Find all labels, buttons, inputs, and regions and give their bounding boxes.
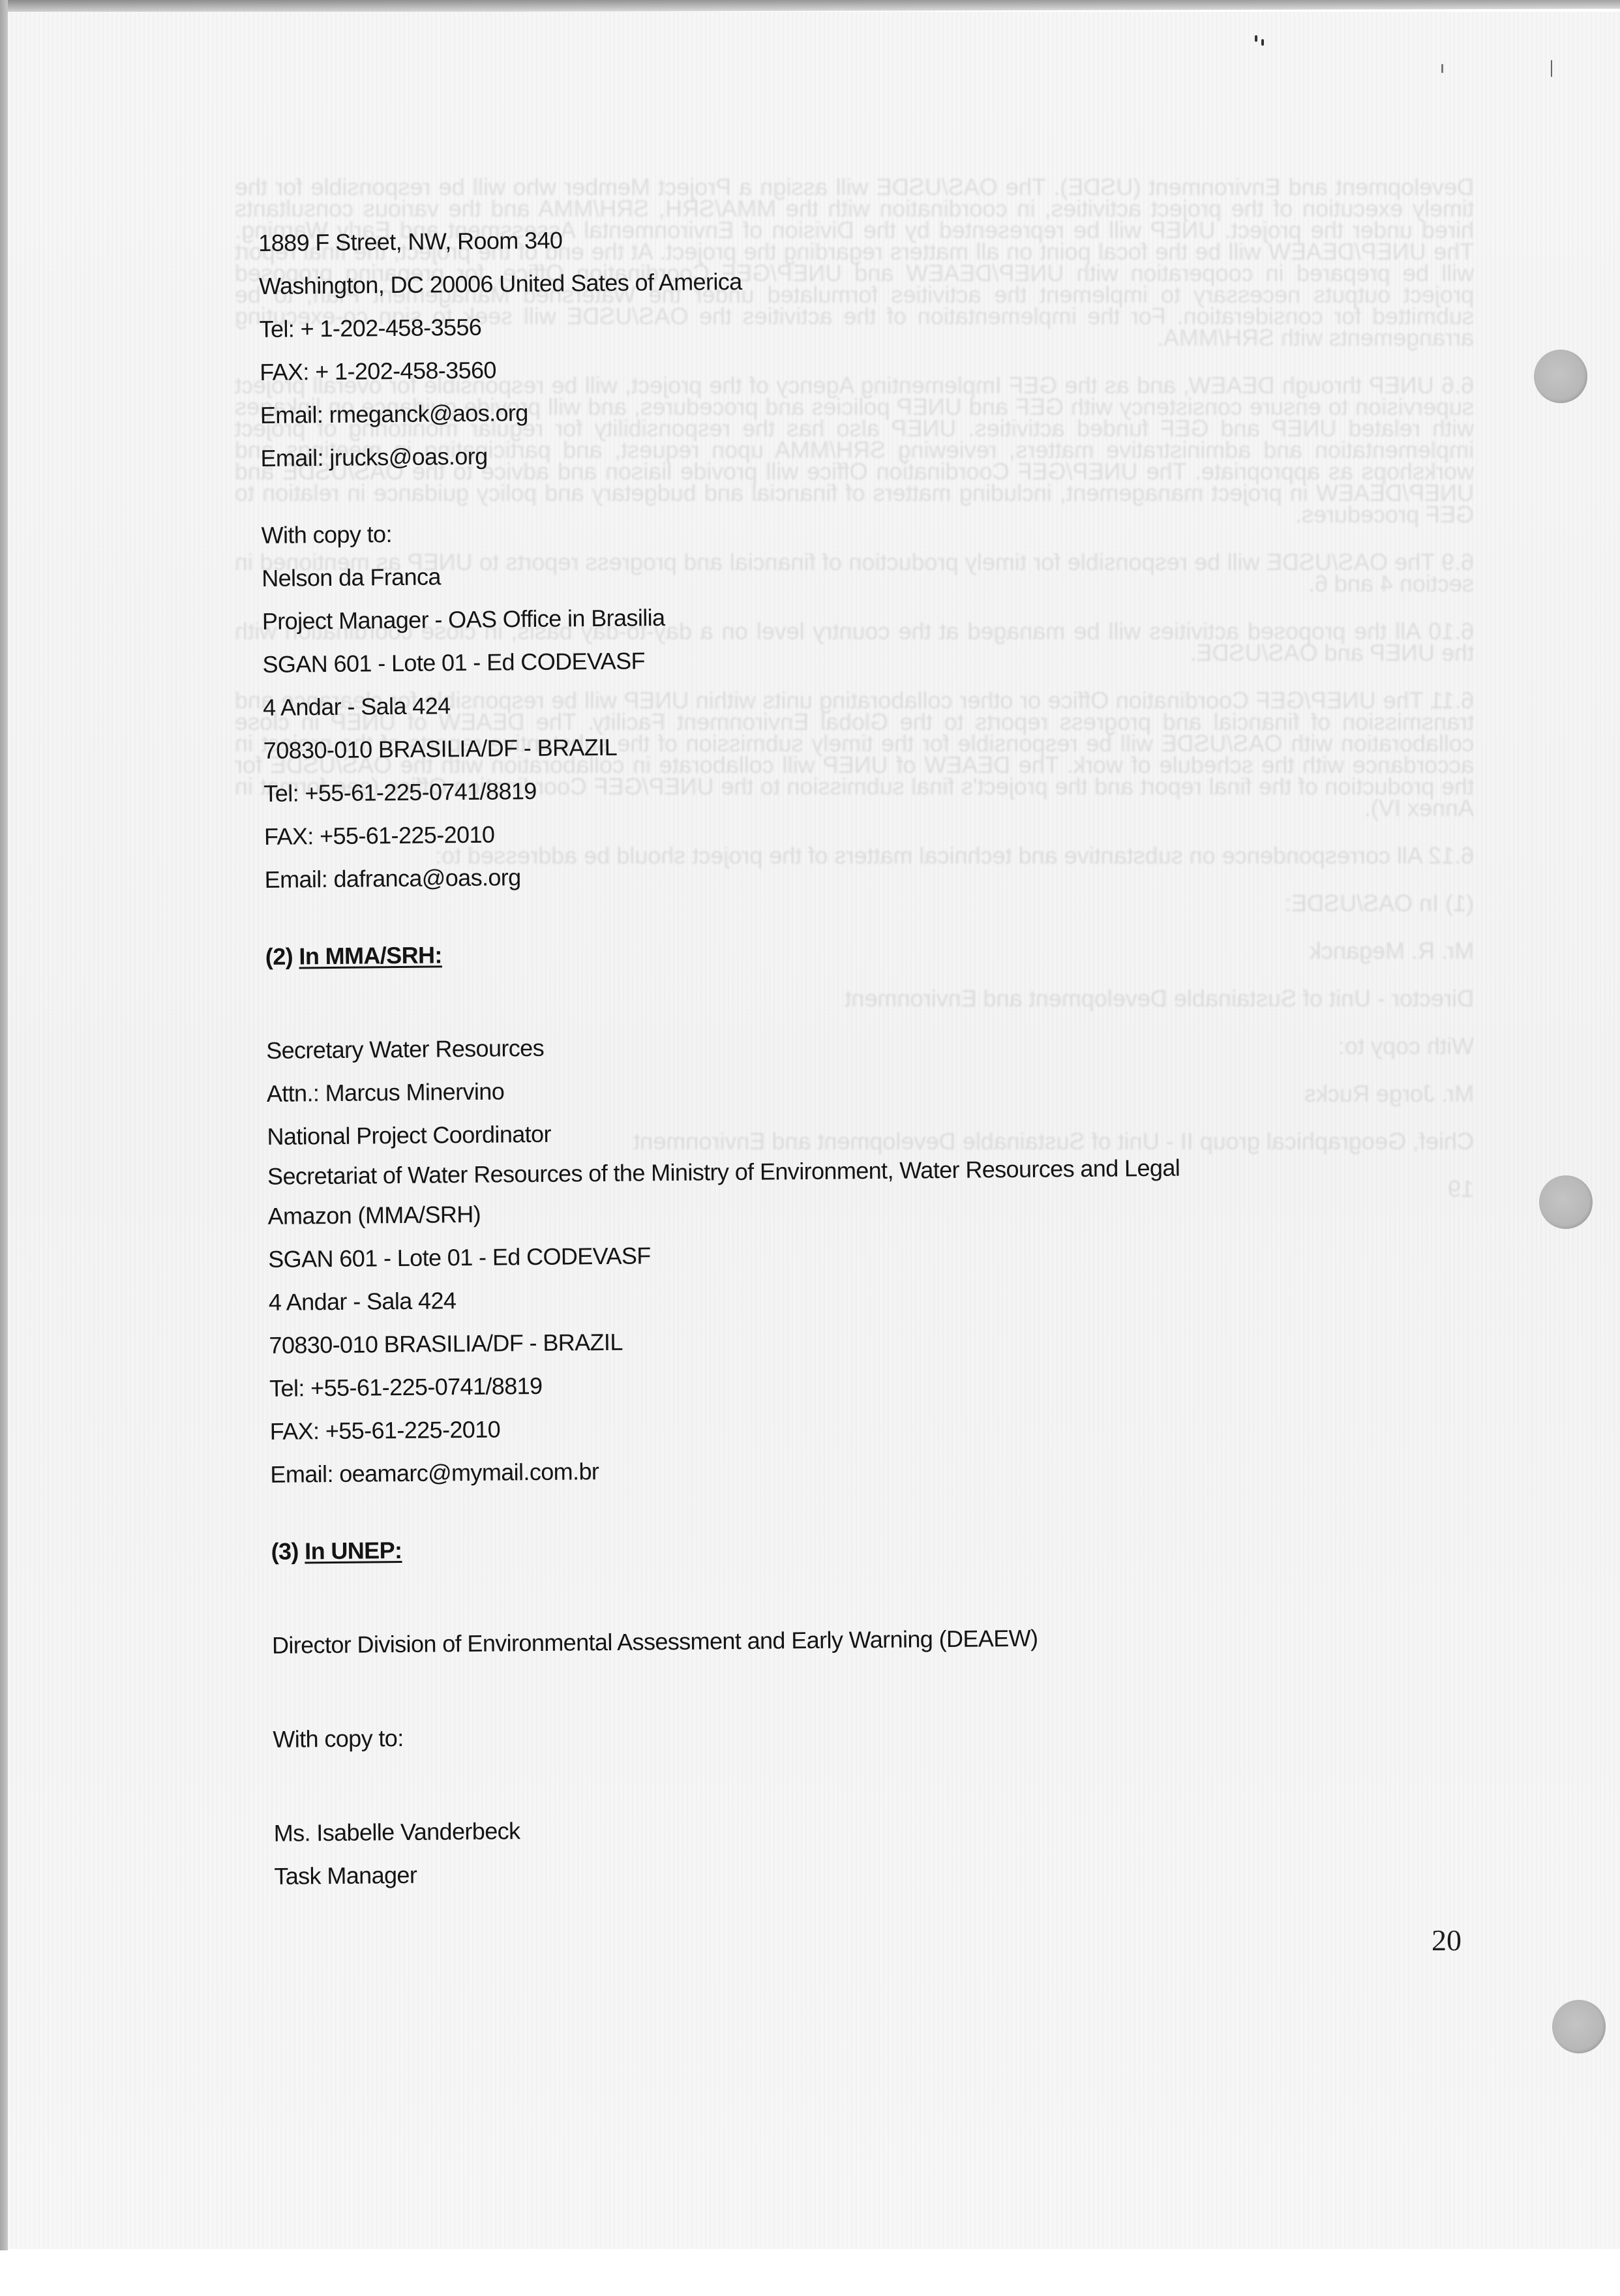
address-block-oas: 1889 F Street, NW, Room 340 Washington, … — [258, 211, 1448, 480]
section-title: In UNEP: — [305, 1537, 402, 1564]
document-body: 1889 F Street, NW, Room 340 Washington, … — [258, 211, 1462, 1898]
section-mma-srh: (2) In MMA/SRH: Secretary Water Resource… — [265, 924, 1458, 1496]
punch-hole — [1534, 350, 1587, 403]
copy-block-oas: With copy to: Nelson da Franca Project M… — [261, 503, 1452, 901]
section-number: (3) — [271, 1538, 299, 1565]
scan-speck — [1261, 39, 1264, 46]
section-number: (2) — [265, 943, 293, 970]
scan-speck — [1441, 64, 1443, 73]
scanner-bottom-margin — [0, 2250, 1620, 2296]
scanner-left-edge — [0, 0, 8, 2250]
section-title: In MMA/SRH: — [299, 941, 442, 969]
page-number: 20 — [1432, 1923, 1462, 1957]
section-unep: (3) In UNEP: Director Division of Enviro… — [271, 1518, 1461, 1897]
scan-speck — [1255, 35, 1257, 42]
scan-speck — [1551, 60, 1552, 77]
scanner-top-edge — [0, 0, 1620, 13]
punch-hole — [1552, 2000, 1606, 2053]
punch-hole — [1539, 1175, 1593, 1229]
